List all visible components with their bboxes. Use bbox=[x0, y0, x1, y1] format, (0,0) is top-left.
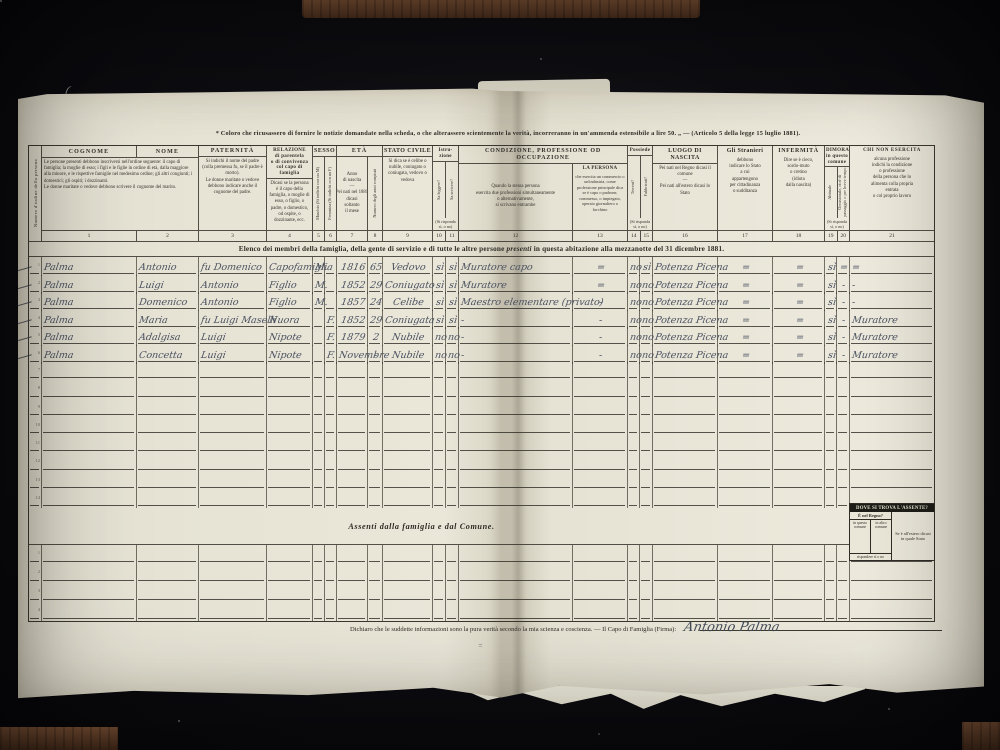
cell-sesso-m bbox=[313, 472, 325, 490]
cell-numero: 3 bbox=[29, 583, 42, 602]
chinon-title: CHI NON ESERCITA bbox=[850, 146, 934, 155]
cell-stato bbox=[383, 435, 433, 453]
col-condizione-header: CONDIZIONE, PROFESSIONE OD OCCUPAZIONE Q… bbox=[459, 146, 628, 241]
cell-occasionale bbox=[837, 564, 850, 583]
cell-infermita bbox=[773, 490, 825, 508]
cell-cognome bbox=[42, 417, 137, 435]
cell-anni: 24 bbox=[368, 292, 383, 311]
row-number: 3 bbox=[29, 292, 41, 307]
cell-chinon bbox=[850, 453, 934, 471]
cell-relazione bbox=[267, 435, 313, 453]
person-row: 5PalmaAdalgisaLuigiNipoteF.18792Nubileno… bbox=[29, 327, 934, 345]
infermita-note: Dire se è cieco, sordo-muto o cretino (i… bbox=[773, 156, 824, 230]
cell-condizione bbox=[459, 435, 573, 453]
cell-paternita: Antonio bbox=[199, 275, 267, 294]
wood-corner-right bbox=[962, 722, 1000, 750]
cell-legge bbox=[433, 417, 446, 435]
cell-abituale bbox=[825, 545, 837, 564]
cell-legge: sì bbox=[433, 257, 446, 276]
col-num-21: 21 bbox=[850, 231, 934, 241]
handwritten-value: Nipote bbox=[266, 330, 303, 346]
cell-stranieri bbox=[718, 435, 773, 453]
cell-occasionale bbox=[837, 417, 850, 435]
cell-luogo: Potenza Picena bbox=[653, 345, 718, 364]
cell-nome bbox=[137, 380, 199, 398]
cell-condizione bbox=[459, 602, 573, 621]
eta-anno-note: Anno di nascita — Pei nati nel 1881 dica… bbox=[337, 170, 368, 218]
istruzione-nota: (Si risponda sì, o no) bbox=[433, 218, 458, 230]
cell-paternita bbox=[199, 435, 267, 453]
cell-luogo: Potenza Picena bbox=[653, 292, 718, 311]
cell-anno: 1816 bbox=[337, 257, 368, 276]
cell-paternita bbox=[199, 380, 267, 398]
cell-chinon: = bbox=[850, 257, 934, 276]
cell-nome bbox=[137, 602, 199, 621]
cell-legge: sì bbox=[433, 292, 446, 311]
cell-luogo bbox=[653, 583, 718, 602]
cell-infermita bbox=[773, 380, 825, 398]
cell-infermita bbox=[773, 362, 825, 380]
cell-infermita bbox=[773, 545, 825, 564]
wood-corner-left bbox=[0, 727, 118, 750]
cell-abituale: sì bbox=[825, 327, 837, 346]
cell-numero: 13 bbox=[29, 472, 42, 490]
cell-stranieri bbox=[718, 602, 773, 621]
cell-sesso-m bbox=[313, 417, 325, 435]
col-num-9: 9 bbox=[383, 231, 432, 241]
handwritten-value: Muratore bbox=[849, 313, 899, 329]
handwritten-value: Palma bbox=[41, 260, 75, 276]
cell-occasionale: - bbox=[837, 310, 850, 329]
cell-abituale: sì bbox=[825, 275, 837, 294]
row-number: 4 bbox=[29, 602, 41, 617]
cell-occasionale bbox=[837, 472, 850, 490]
dove-title: DOVE SI TROVA L'ASSENTE? bbox=[850, 504, 934, 512]
handwritten-value: sì bbox=[824, 348, 836, 364]
person-row: 1PalmaAntoniofu DomenicoCapofamigliaM.18… bbox=[29, 257, 934, 275]
row-number: 8 bbox=[29, 380, 41, 395]
fabbricati-label: Fabbricati? bbox=[644, 177, 649, 196]
dove-assente-box: DOVE SI TROVA L'ASSENTE? È nel Regno? in… bbox=[849, 503, 935, 561]
handwritten-value: M. bbox=[312, 260, 329, 276]
cell-anno: Novembre bbox=[337, 345, 368, 364]
possiede-nota: (Si risponda sì, o no) bbox=[628, 218, 652, 230]
rows-main: 1PalmaAntoniofu DomenicoCapofamigliaM.18… bbox=[29, 257, 934, 508]
cell-terreni bbox=[628, 380, 640, 398]
handwritten-value: sì bbox=[824, 313, 836, 329]
cell-infermita bbox=[773, 602, 825, 621]
cell-paternita: fu Domenico bbox=[199, 257, 267, 276]
cell-abituale bbox=[825, 362, 837, 380]
cell-paternita bbox=[199, 583, 267, 602]
cell-paternita bbox=[199, 399, 267, 417]
cell-numero: 6 bbox=[29, 345, 42, 364]
cell-legge: sì bbox=[433, 275, 446, 294]
cell-condizione bbox=[459, 417, 573, 435]
handwritten-value: Figlio bbox=[266, 295, 298, 311]
dimora-nota: (Si risponda sì, o no) bbox=[825, 218, 849, 230]
col-infermita-header: INFERMITÀ Dire se è cieco, sordo-muto o … bbox=[773, 146, 825, 241]
cell-luogo bbox=[653, 602, 718, 621]
row-number: 1 bbox=[29, 257, 41, 272]
cell-luogo bbox=[653, 472, 718, 490]
cell-condizione: Maestro elementare (privato) bbox=[459, 292, 573, 311]
cell-legge: no bbox=[433, 345, 446, 364]
cell-abituale bbox=[825, 490, 837, 508]
cell-fabbricati bbox=[640, 564, 653, 583]
cell-numero: 4 bbox=[29, 310, 42, 329]
cell-terreni bbox=[628, 490, 640, 508]
declaration-line: Dichiaro che le suddette informazioni so… bbox=[350, 622, 942, 633]
col-dimora-header: DIMORA in questo comune Abituale Occasio… bbox=[825, 146, 850, 241]
cell-cognome bbox=[42, 602, 137, 621]
cell-stranieri bbox=[718, 453, 773, 471]
cell-abituale bbox=[825, 417, 837, 435]
cell-nome: Adalgisa bbox=[137, 327, 199, 346]
cell-cognome: Palma bbox=[42, 292, 137, 311]
dust-specks bbox=[0, 0, 2, 2]
row-number: 5 bbox=[29, 327, 41, 342]
cell-anno: 1879 bbox=[337, 327, 368, 346]
cognome-nome-note: Le persone presenti debbono inscriversi … bbox=[42, 158, 198, 230]
cell-relazione bbox=[267, 545, 313, 564]
col-num-5: 5 bbox=[313, 231, 325, 241]
sa-leggere-label: Sa leggere? bbox=[437, 180, 442, 200]
handwritten-value: 1816 bbox=[338, 260, 367, 276]
cell-sesso-f bbox=[325, 399, 337, 417]
condizione-group-title: CONDIZIONE, PROFESSIONE OD OCCUPAZIONE bbox=[459, 146, 627, 164]
cell-abituale bbox=[825, 564, 837, 583]
cell-scrive bbox=[446, 417, 459, 435]
cell-anno bbox=[337, 380, 368, 398]
cell-cognome bbox=[42, 545, 137, 564]
cell-anni bbox=[368, 380, 383, 398]
handwritten-value: 24 bbox=[367, 295, 384, 311]
cell-numero: 12 bbox=[29, 453, 42, 471]
cell-stranieri bbox=[718, 417, 773, 435]
cell-relazione: Capofamiglia bbox=[267, 257, 313, 276]
subtitle-pre: Elenco dei membri della famiglia, della … bbox=[239, 245, 505, 253]
eta-title: ETÀ bbox=[337, 146, 382, 157]
cell-legge bbox=[433, 583, 446, 602]
cell-cognome bbox=[42, 362, 137, 380]
row-number: 10 bbox=[29, 417, 41, 432]
cell-anni: 29 bbox=[368, 275, 383, 294]
cell-stato bbox=[383, 362, 433, 380]
cell-fabbricati bbox=[640, 490, 653, 508]
cell-persona bbox=[573, 583, 628, 602]
cell-scrive bbox=[446, 602, 459, 621]
cell-scrive: sì bbox=[446, 275, 459, 294]
cell-stato bbox=[383, 602, 433, 621]
cell-paternita bbox=[199, 417, 267, 435]
row-number: 1 bbox=[29, 545, 41, 560]
cell-infermita: = bbox=[773, 327, 825, 346]
cell-anni bbox=[368, 490, 383, 508]
cell-anno bbox=[337, 583, 368, 602]
col-num-17: 17 bbox=[718, 231, 772, 241]
cell-chinon bbox=[850, 602, 934, 621]
cell-relazione bbox=[267, 417, 313, 435]
cell-chinon bbox=[850, 399, 934, 417]
cell-stranieri bbox=[718, 545, 773, 564]
cell-scrive bbox=[446, 564, 459, 583]
numero-label: Numero d'ordine della persona bbox=[33, 159, 38, 227]
cell-terreni bbox=[628, 453, 640, 471]
cell-numero: 1 bbox=[29, 545, 42, 564]
cell-abituale: sì bbox=[825, 310, 837, 329]
cell-persona bbox=[573, 453, 628, 471]
row-number: 2 bbox=[29, 275, 41, 290]
sesso-femmina-label: Femmina (Si indichi con un F) bbox=[328, 167, 333, 220]
cell-cognome: Palma bbox=[42, 327, 137, 346]
cell-occasionale: - bbox=[837, 275, 850, 294]
terreni-label: Terreni? bbox=[631, 180, 636, 194]
cell-anni: 29 bbox=[368, 310, 383, 329]
cell-infermita bbox=[773, 399, 825, 417]
cell-anni bbox=[368, 435, 383, 453]
cell-persona: - bbox=[573, 327, 628, 346]
cell-luogo: Potenza Picena bbox=[653, 327, 718, 346]
handwritten-value: Luigi bbox=[198, 330, 227, 346]
cell-sesso-f bbox=[325, 453, 337, 471]
handwritten-value: Luigi bbox=[198, 348, 227, 364]
cell-stato: Nubile bbox=[383, 327, 433, 346]
cell-luogo bbox=[653, 564, 718, 583]
cell-luogo bbox=[653, 490, 718, 508]
row-number: 12 bbox=[29, 453, 41, 468]
cell-luogo bbox=[653, 399, 718, 417]
handwritten-value: Novembre bbox=[336, 348, 391, 364]
cell-relazione bbox=[267, 490, 313, 508]
paternita-note: Si indichi il nome del padre (colla prem… bbox=[199, 157, 266, 230]
handwritten-value: 29 bbox=[367, 313, 384, 329]
cell-numero: 10 bbox=[29, 417, 42, 435]
cell-chinon bbox=[850, 380, 934, 398]
cell-nome: Antonio bbox=[137, 257, 199, 276]
cell-scrive bbox=[446, 435, 459, 453]
handwritten-value: M. bbox=[312, 295, 329, 311]
handwritten-value: 1852 bbox=[338, 313, 367, 329]
istruzione-title: Istru- zione bbox=[433, 146, 458, 162]
cell-persona bbox=[573, 564, 628, 583]
col-stranieri-header: Gli Stranieri debbono indicare lo Stato … bbox=[718, 146, 773, 241]
cell-fabbricati bbox=[640, 380, 653, 398]
stranieri-note: debbono indicare lo Stato a cui apparten… bbox=[718, 156, 772, 230]
cell-persona bbox=[573, 545, 628, 564]
cell-cognome bbox=[42, 435, 137, 453]
handwritten-value: Nuora bbox=[266, 313, 301, 329]
cell-scrive bbox=[446, 362, 459, 380]
cell-paternita: fu Luigi Maselli bbox=[199, 310, 267, 329]
cell-chinon bbox=[850, 472, 934, 490]
cell-infermita: = bbox=[773, 292, 825, 311]
handwritten-value: = bbox=[792, 313, 805, 329]
cell-abituale: sì bbox=[825, 292, 837, 311]
cell-scrive: sì bbox=[446, 310, 459, 329]
cell-relazione bbox=[267, 453, 313, 471]
census-sheet: * Coloro che ricusassero di fornire le n… bbox=[18, 88, 984, 700]
cell-paternita: Luigi bbox=[199, 345, 267, 364]
handwritten-value: Nubile bbox=[389, 348, 426, 364]
cell-chinon bbox=[850, 435, 934, 453]
cell-abituale bbox=[825, 472, 837, 490]
handwritten-value: sì bbox=[824, 295, 836, 311]
cell-persona: = bbox=[573, 257, 628, 276]
cell-terreni bbox=[628, 399, 640, 417]
cell-stato bbox=[383, 545, 433, 564]
cell-luogo bbox=[653, 362, 718, 380]
cell-terreni bbox=[628, 545, 640, 564]
cell-infermita bbox=[773, 472, 825, 490]
relazione-note: Dicasi se la persona è il capo della fam… bbox=[267, 179, 312, 230]
handwritten-value: Nubile bbox=[389, 330, 426, 346]
cell-anni bbox=[368, 453, 383, 471]
cell-nome bbox=[137, 362, 199, 380]
handwritten-value: 1879 bbox=[338, 330, 367, 346]
cell-abituale: sì bbox=[825, 345, 837, 364]
cell-cognome: Palma bbox=[42, 345, 137, 364]
row-number: 3 bbox=[29, 583, 41, 598]
handwritten-value: Celibe bbox=[390, 295, 425, 311]
condizione-note: Quando la stessa persona esercita due pr… bbox=[459, 164, 572, 230]
cell-abituale bbox=[825, 453, 837, 471]
cell-relazione bbox=[267, 472, 313, 490]
cell-persona bbox=[573, 417, 628, 435]
cell-stato bbox=[383, 380, 433, 398]
cell-cognome: Palma bbox=[42, 310, 137, 329]
cell-scrive bbox=[446, 399, 459, 417]
handwritten-value: 1857 bbox=[338, 295, 367, 311]
cell-cognome bbox=[42, 453, 137, 471]
cell-chinon: - bbox=[850, 275, 934, 294]
infermita-title: INFERMITÀ bbox=[773, 146, 824, 156]
cell-condizione bbox=[459, 453, 573, 471]
cell-sesso-f bbox=[325, 602, 337, 621]
cell-paternita: Antonio bbox=[199, 292, 267, 311]
subtitle-emph: presenti bbox=[505, 245, 534, 253]
assenti-empty-row: 2 bbox=[29, 564, 934, 583]
dimora-title: DIMORA in questo comune bbox=[825, 146, 849, 167]
col-num-18: 18 bbox=[773, 231, 824, 241]
cell-fabbricati bbox=[640, 435, 653, 453]
cell-nome bbox=[137, 545, 199, 564]
cell-anno bbox=[337, 417, 368, 435]
cell-stranieri bbox=[718, 399, 773, 417]
cell-persona bbox=[573, 380, 628, 398]
row-number: 13 bbox=[29, 472, 41, 487]
cell-scrive bbox=[446, 380, 459, 398]
col-num-16: 16 bbox=[653, 231, 717, 241]
cell-numero: 2 bbox=[29, 275, 42, 294]
cell-paternita bbox=[199, 362, 267, 380]
cell-legge bbox=[433, 362, 446, 380]
photo-scene: * Coloro che ricusassero di fornire le n… bbox=[0, 0, 1000, 750]
handwritten-value: Muratore bbox=[849, 348, 899, 364]
cell-stato bbox=[383, 453, 433, 471]
cell-infermita: = bbox=[773, 257, 825, 276]
cell-occasionale bbox=[837, 380, 850, 398]
cell-paternita bbox=[199, 472, 267, 490]
cell-anni bbox=[368, 417, 383, 435]
handwritten-value: Antonio bbox=[198, 278, 240, 294]
person-row: 6PalmaConcettaLuigiNipoteF.Novembre-Nubi… bbox=[29, 345, 934, 363]
assenti-empty-row: 3 bbox=[29, 583, 934, 602]
person-row: 4PalmaMariafu Luigi MaselliNuoraF.185229… bbox=[29, 310, 934, 328]
cell-infermita bbox=[773, 564, 825, 583]
cell-stato bbox=[383, 583, 433, 602]
cell-scrive bbox=[446, 490, 459, 508]
row-number: 11 bbox=[29, 435, 41, 450]
handwritten-value: 1852 bbox=[338, 278, 367, 294]
cell-condizione bbox=[459, 490, 573, 508]
cell-cognome: Palma bbox=[42, 257, 137, 276]
cell-infermita: = bbox=[773, 345, 825, 364]
col-luogo-header: LUOGO DI NASCITA Pei nati nel Regno dica… bbox=[653, 146, 718, 241]
cell-sesso-f bbox=[325, 564, 337, 583]
cell-chinon: Muratore bbox=[850, 345, 934, 364]
cell-legge bbox=[433, 472, 446, 490]
cell-anni bbox=[368, 545, 383, 564]
cell-legge bbox=[433, 602, 446, 621]
cell-abituale bbox=[825, 380, 837, 398]
cognome-title: COGNOME bbox=[42, 146, 137, 158]
handwritten-value: Muratore bbox=[458, 278, 508, 294]
cell-abituale bbox=[825, 602, 837, 621]
handwritten-value: sì bbox=[824, 260, 836, 276]
cell-numero: 11 bbox=[29, 435, 42, 453]
col-num-14: 14 bbox=[628, 231, 641, 241]
col-num-12: 12 bbox=[459, 231, 573, 241]
cell-nome bbox=[137, 399, 199, 417]
cell-condizione bbox=[459, 545, 573, 564]
cell-infermita bbox=[773, 453, 825, 471]
cell-sesso-f bbox=[325, 545, 337, 564]
sesso-maschio-label: Maschio (Si indichi con un M) bbox=[316, 167, 321, 220]
cell-condizione: - bbox=[459, 327, 573, 346]
col-num-15: 15 bbox=[641, 231, 653, 241]
cell-paternita: Luigi bbox=[199, 327, 267, 346]
cell-sesso-m bbox=[313, 453, 325, 471]
cell-condizione bbox=[459, 583, 573, 602]
empty-row: 14 bbox=[29, 490, 934, 508]
cell-anno bbox=[337, 453, 368, 471]
cell-relazione bbox=[267, 564, 313, 583]
nome-title: NOME bbox=[137, 146, 198, 158]
cell-condizione: Muratore bbox=[459, 275, 573, 294]
cell-occasionale bbox=[837, 435, 850, 453]
cell-sesso-m bbox=[313, 564, 325, 583]
cell-abituale bbox=[825, 435, 837, 453]
col-num-2: 2 bbox=[137, 231, 198, 241]
handwritten-value: = bbox=[792, 278, 805, 294]
cell-cognome bbox=[42, 490, 137, 508]
cell-paternita bbox=[199, 545, 267, 564]
handwritten-value: 65 bbox=[367, 260, 384, 276]
cell-stato: Coniugata bbox=[383, 310, 433, 329]
cell-stato bbox=[383, 472, 433, 490]
cell-luogo bbox=[653, 545, 718, 564]
row-number: 2 bbox=[29, 564, 41, 579]
cell-relazione: Nipote bbox=[267, 327, 313, 346]
empty-row: 7 bbox=[29, 362, 934, 380]
handwritten-value: Palma bbox=[41, 330, 75, 346]
cell-fabbricati: no bbox=[640, 345, 653, 364]
cell-sesso-m: M. bbox=[313, 275, 325, 294]
handwritten-value: Muratore capo bbox=[458, 260, 534, 276]
cell-nome bbox=[137, 435, 199, 453]
cell-numero: 8 bbox=[29, 380, 42, 398]
